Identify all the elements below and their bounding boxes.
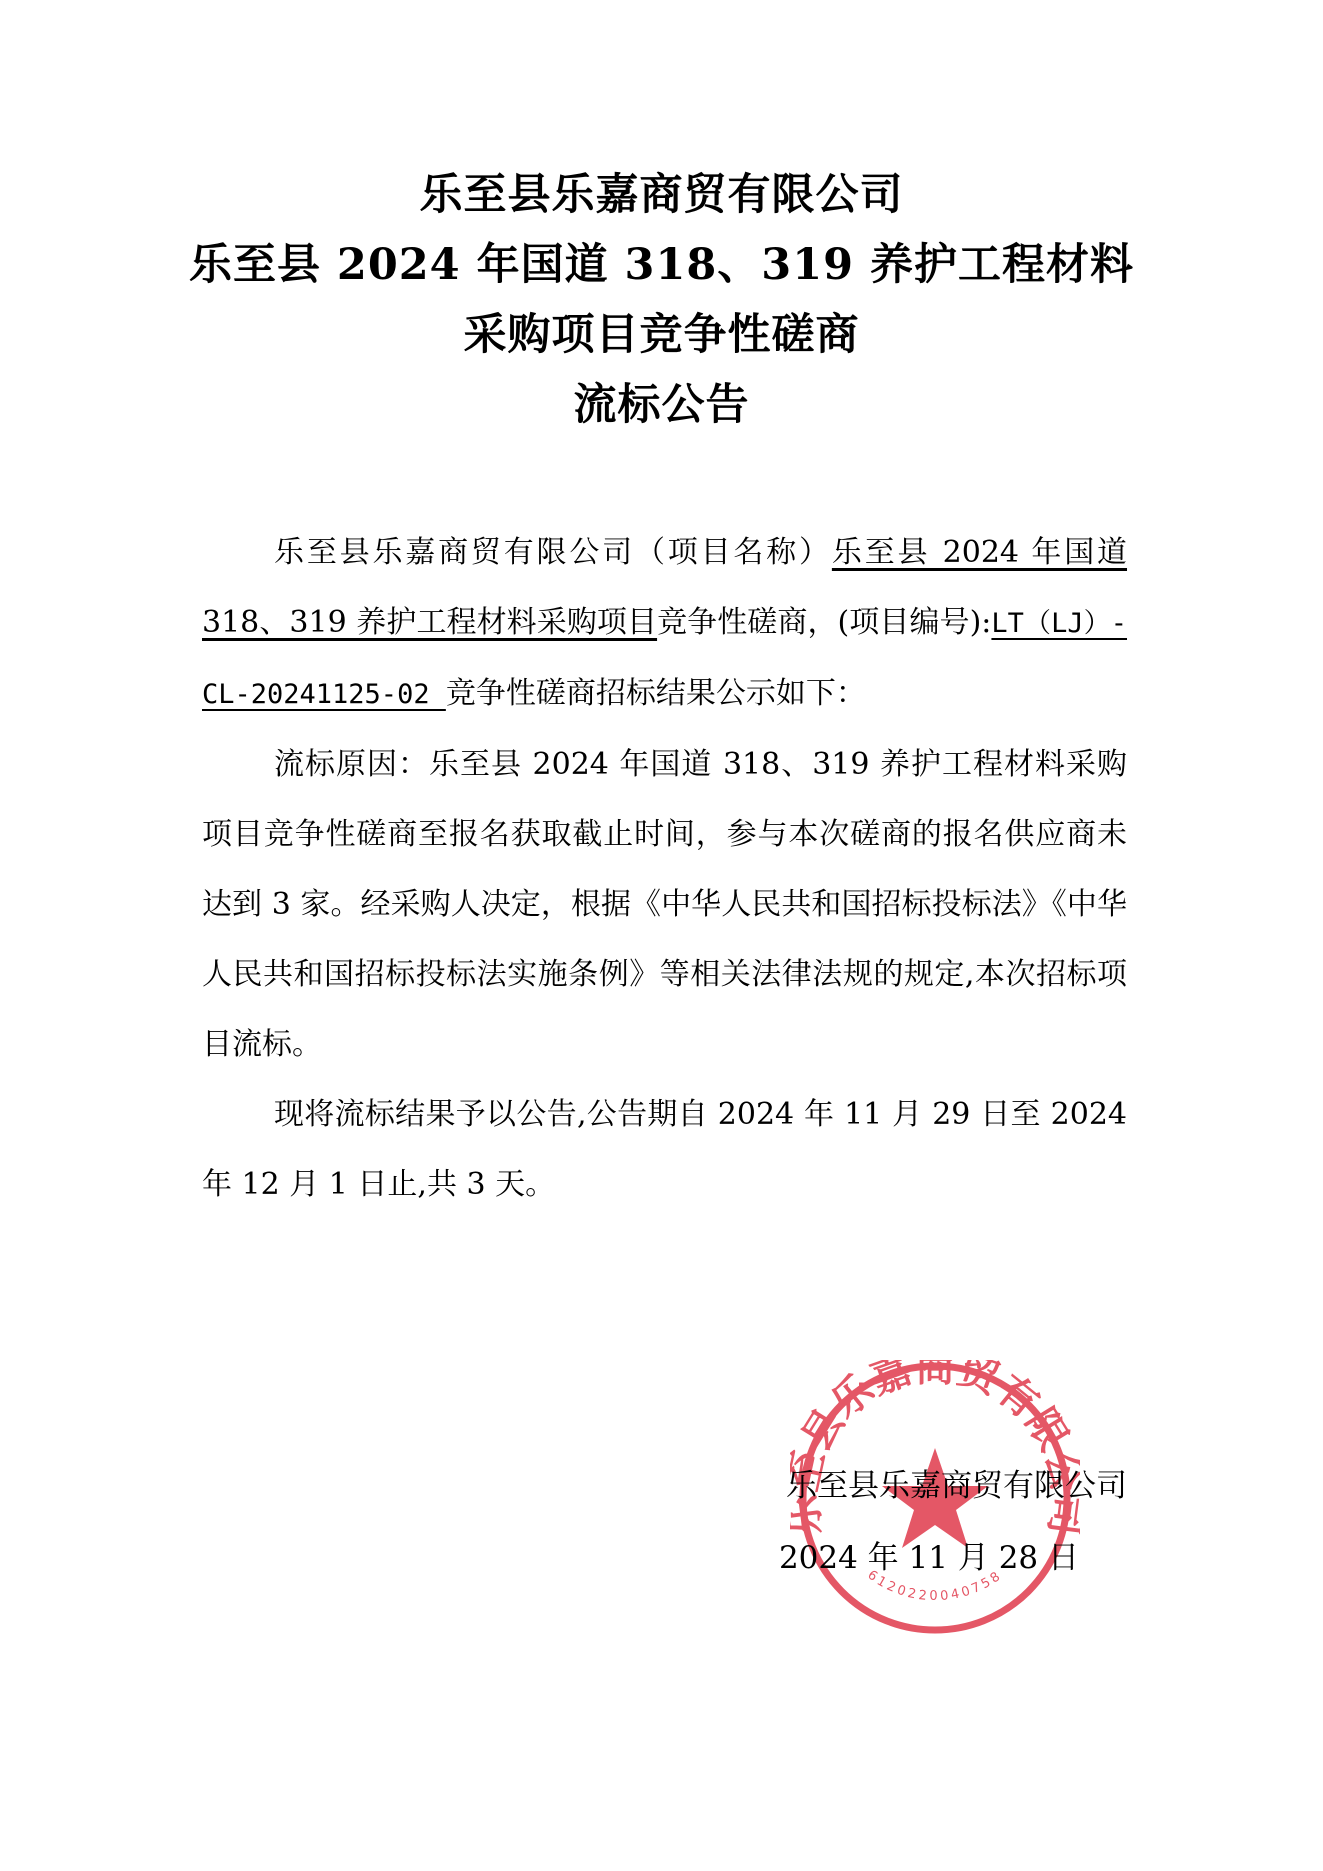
paragraph-intro: 乐至县乐嘉商贸有限公司（项目名称）乐至县 2024 年国道 318、319 养护…: [202, 518, 1127, 730]
intro-suffix: 竞争性磋商招标结果公示如下：: [446, 676, 866, 711]
intro-middle: 竞争性磋商，(项目编号):: [657, 605, 991, 640]
title-announcement-type: 流标公告: [0, 370, 1323, 440]
paragraph-announcement-period: 现将流标结果予以公告,公告期自 2024 年 11 月 29 日至 2024 年…: [202, 1080, 1127, 1220]
signature-company: 乐至县乐嘉商贸有限公司: [779, 1450, 1127, 1522]
document-title: 乐至县乐嘉商贸有限公司 乐至县 2024 年国道 318、319 养护工程材料 …: [0, 160, 1323, 440]
title-project-line1: 乐至县 2024 年国道 318、319 养护工程材料: [0, 230, 1323, 300]
title-project-line2: 采购项目竞争性磋商: [0, 300, 1323, 370]
paragraph-failure-reason: 流标原因：乐至县 2024 年国道 318、319 养护工程材料采购项目竞争性磋…: [202, 730, 1127, 1080]
title-company: 乐至县乐嘉商贸有限公司: [0, 160, 1323, 230]
document-body: 乐至县乐嘉商贸有限公司（项目名称）乐至县 2024 年国道 318、319 养护…: [202, 518, 1127, 1220]
signature-block: 乐至县乐嘉商贸有限公司 2024 年 11 月 28 日: [779, 1450, 1127, 1594]
signature-date: 2024 年 11 月 28 日: [779, 1522, 1127, 1594]
document-page: 乐至县乐嘉商贸有限公司 乐至县 2024 年国道 318、319 养护工程材料 …: [0, 0, 1323, 1871]
intro-prefix: 乐至县乐嘉商贸有限公司（项目名称）: [274, 535, 832, 570]
